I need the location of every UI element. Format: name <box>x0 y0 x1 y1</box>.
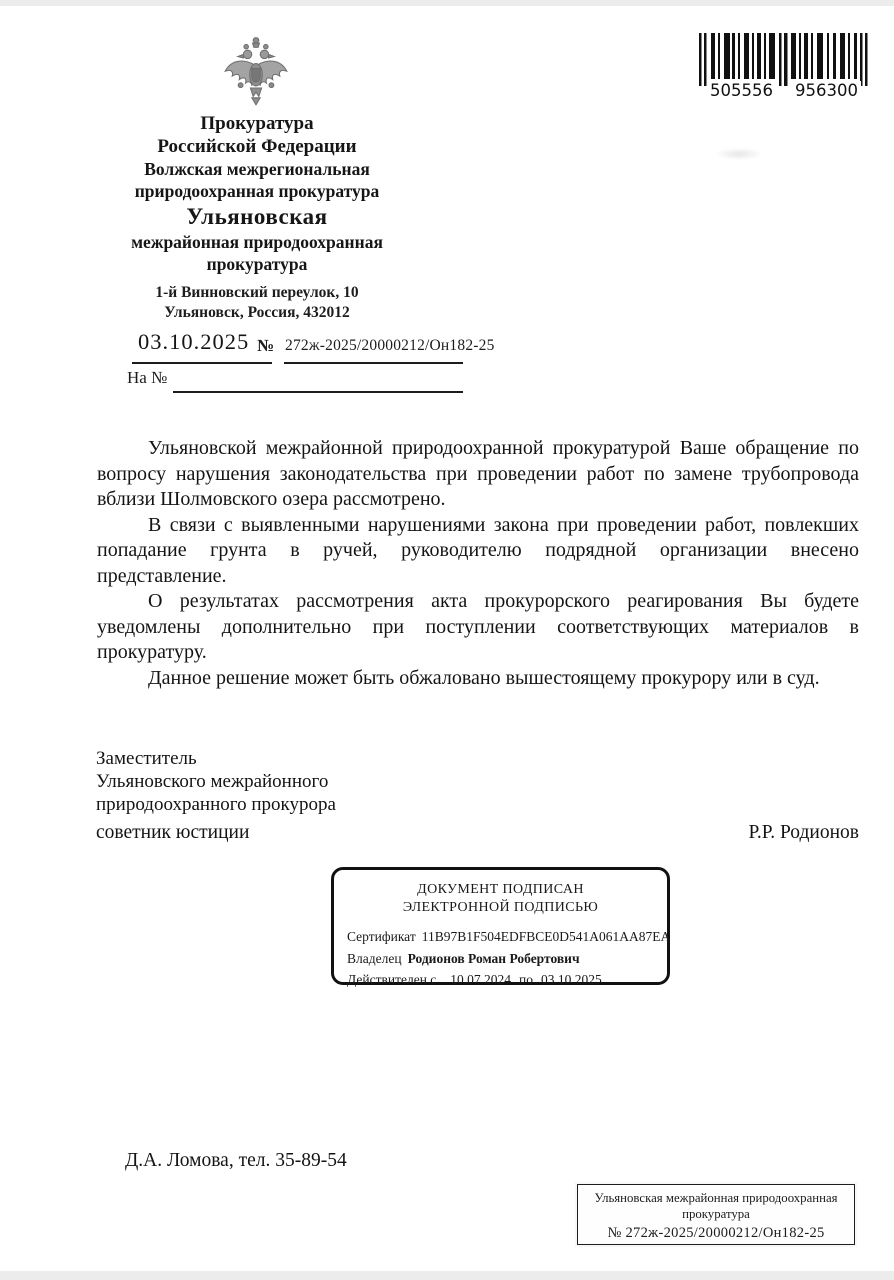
signer-position: Заместитель Ульяновского межрайонного пр… <box>96 747 516 816</box>
validity-separator: по <box>519 972 533 987</box>
letterhead-address: 1-й Винновский переулок, 10 Ульяновск, Р… <box>58 283 456 322</box>
esign-owner-row: ВладелецРодионов Роман Робертович <box>347 948 667 970</box>
scan-edge-bottom <box>0 1271 894 1280</box>
stamp-number: № 272ж-2025/20000212/Он182-25 <box>578 1225 854 1242</box>
body-paragraph: Ульяновской межрайонной природоохранной … <box>97 436 859 513</box>
signer-position-line: Заместитель <box>96 747 516 770</box>
address-line: 1-й Винновский переулок, 10 <box>58 283 456 303</box>
barcode-numbers: 505556 956300 <box>699 81 869 100</box>
signer-name: Р.Р. Родионов <box>749 822 860 844</box>
letterhead-line: межрайонная природоохранная <box>58 231 456 253</box>
document-date: 03.10.2025 <box>138 329 249 355</box>
esign-title: ДОКУМЕНТ ПОДПИСАН ЭЛЕКТРОННОЙ ПОДПИСЬЮ <box>334 881 667 917</box>
reply-to-label: На № <box>127 368 167 388</box>
address-line: Ульяновск, Россия, 432012 <box>58 303 456 323</box>
letterhead-line: Российской Федерации <box>58 135 456 158</box>
validity-label: Действителен с <box>347 972 436 987</box>
number-underline <box>284 362 463 364</box>
number-sign: № <box>257 336 274 356</box>
body-paragraph: В связи с выявленными нарушениями закона… <box>97 513 859 590</box>
signer-position-line: природоохранного прокурора <box>96 793 516 816</box>
scan-smudge <box>715 148 763 160</box>
letterhead-org-name: Ульяновская <box>58 202 456 231</box>
owner-label: Владелец <box>347 951 402 966</box>
signature-row: советник юстиции Р.Р. Родионов <box>96 822 859 844</box>
esign-details: Сертификат11B97B1F504EDFBCE0D541A061AA87… <box>347 926 667 991</box>
letterhead: Прокуратура Российской Федерации Волжска… <box>58 112 456 275</box>
valid-from-date: 10.07.2024 <box>450 972 511 987</box>
stamp-org-name: Ульяновская межрайонная природоохранная … <box>578 1191 854 1222</box>
scan-edge-top <box>0 0 894 6</box>
body-paragraph: О результатах рассмотрения акта прокурор… <box>97 589 859 666</box>
scanned-letter-page: 505556 956300 Прокуратура Российской Фед… <box>0 0 894 1280</box>
esign-title-line2: ЭЛЕКТРОННОЙ ПОДПИСЬЮ <box>334 899 667 917</box>
owner-value: Родионов Роман Робертович <box>408 951 580 966</box>
reply-underline <box>173 391 463 393</box>
signer-rank: советник юстиции <box>96 822 249 844</box>
letterhead-line: Волжская межрегиональная <box>58 158 456 180</box>
letter-body: Ульяновской межрайонной природоохранной … <box>97 436 859 691</box>
body-paragraph: Данное решение может быть обжаловано выш… <box>97 666 859 692</box>
esign-title-line1: ДОКУМЕНТ ПОДПИСАН <box>334 881 667 899</box>
esign-certificate-row: Сертификат11B97B1F504EDFBCE0D541A061AA87… <box>347 926 667 948</box>
letterhead-line: природоохранная прокуратура <box>58 180 456 202</box>
valid-to-date: 03.10.2025 <box>541 972 602 987</box>
barcode-number-left: 505556 <box>707 81 776 100</box>
electronic-signature-box: ДОКУМЕНТ ПОДПИСАН ЭЛЕКТРОННОЙ ПОДПИСЬЮ С… <box>331 867 670 985</box>
stamp-org-line1: Ульяновская межрайонная природоохранная <box>578 1191 854 1207</box>
executor-contact: Д.А. Ломова, тел. 35-89-54 <box>125 1150 347 1172</box>
signer-position-line: Ульяновского межрайонного <box>96 770 516 793</box>
letterhead-line: прокуратура <box>58 253 456 275</box>
barcode: 505556 956300 <box>699 33 869 99</box>
certificate-value: 11B97B1F504EDFBCE0D541A061AA87EA <box>422 929 671 944</box>
stamp-org-line2: прокуратура <box>578 1207 854 1223</box>
date-underline <box>132 362 272 364</box>
letterhead-line: Прокуратура <box>58 112 456 135</box>
document-number: 272ж-2025/20000212/Он182-25 <box>285 337 495 355</box>
russia-coat-of-arms-icon <box>221 36 291 112</box>
certificate-label: Сертификат <box>347 929 416 944</box>
esign-validity-row: Действителен с10.07.2024по03.10.2025 <box>347 969 667 991</box>
barcode-number-right: 956300 <box>792 81 861 100</box>
registration-stamp: Ульяновская межрайонная природоохранная … <box>577 1184 855 1245</box>
